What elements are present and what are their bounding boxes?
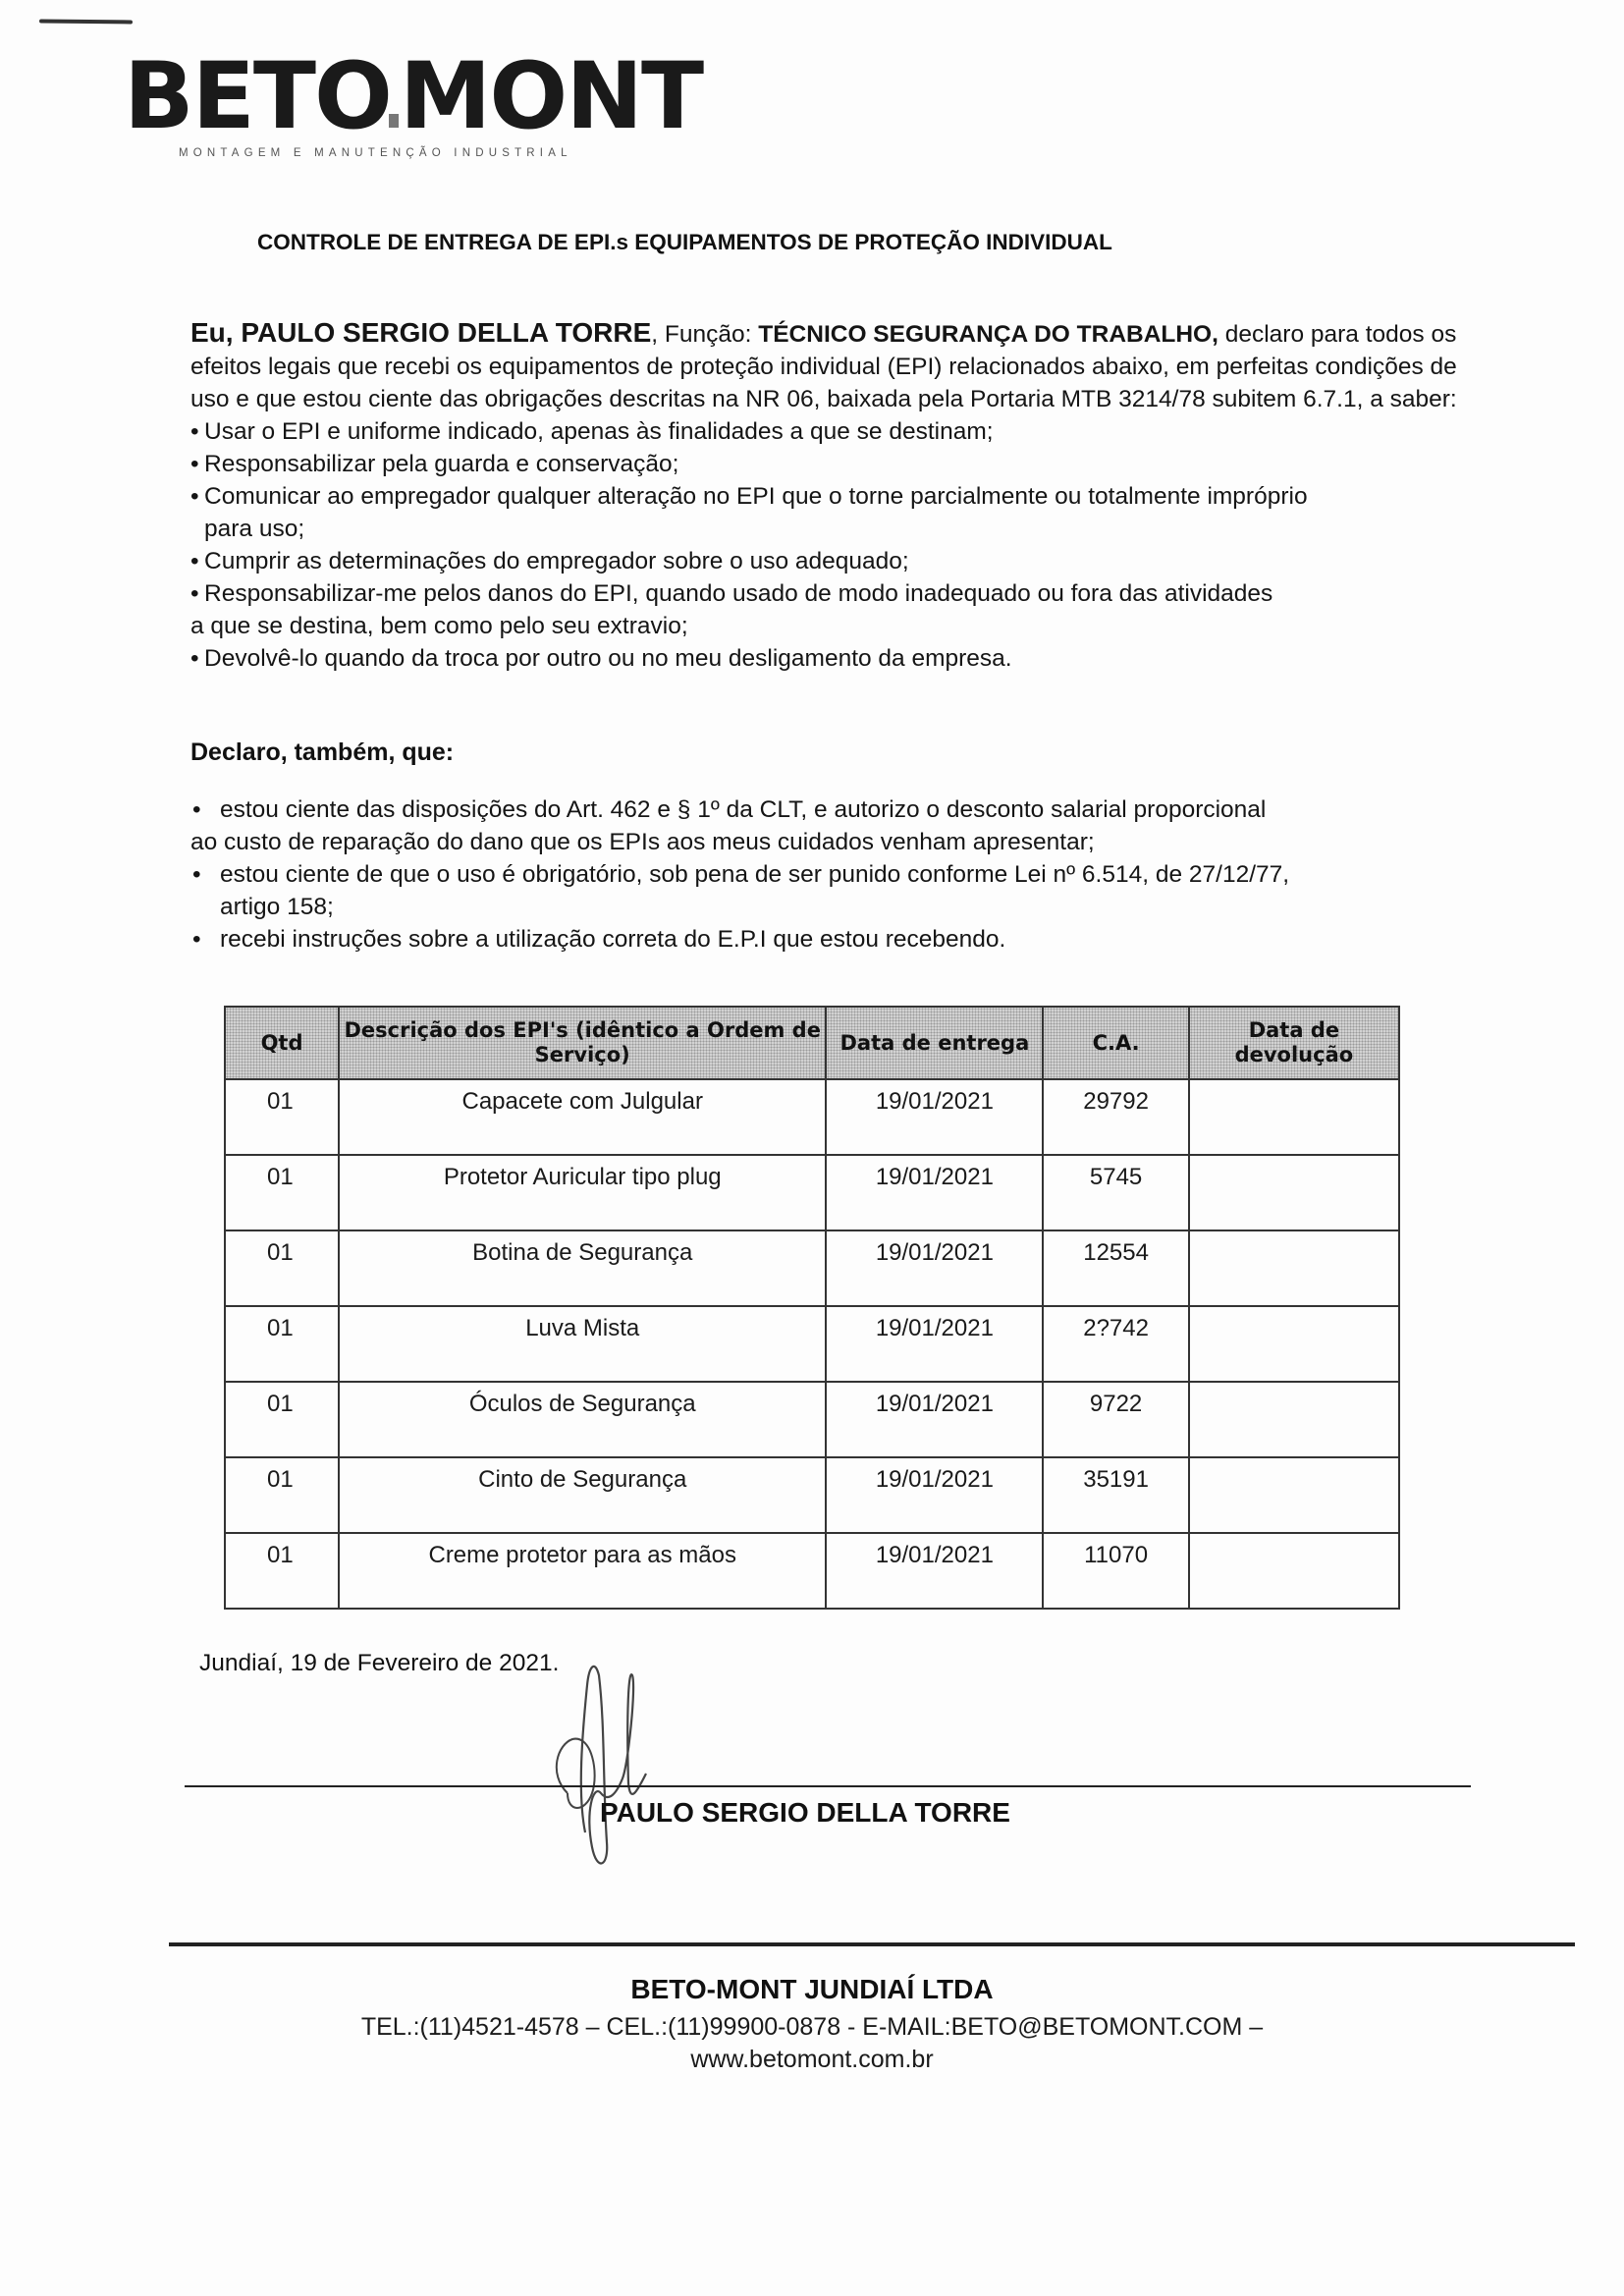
- declaration-item: estou ciente de que o uso é obrigatório,…: [190, 858, 1467, 891]
- table-row: 01Protetor Auricular tipo plug19/01/2021…: [225, 1155, 1399, 1230]
- declarations-block: estou ciente das disposições do Art. 462…: [190, 793, 1467, 956]
- table-row: 01Botina de Segurança19/01/202112554: [225, 1230, 1399, 1306]
- cell-qtd: 01: [225, 1155, 339, 1230]
- cell-descricao: Cinto de Segurança: [339, 1457, 826, 1533]
- cell-data-devolucao: [1189, 1155, 1399, 1230]
- obligation-item: Comunicar ao empregador qualquer alteraç…: [190, 480, 1467, 513]
- declaration-item: estou ciente das disposições do Art. 462…: [190, 793, 1467, 826]
- header-qtd: Qtd: [225, 1007, 339, 1079]
- cell-qtd: 01: [225, 1533, 339, 1609]
- logo-text-beto: BETO: [124, 43, 391, 150]
- function-label: , Função:: [651, 321, 758, 348]
- cell-data-entrega: 19/01/2021: [826, 1155, 1043, 1230]
- logo-text-mont: MONT: [400, 43, 702, 150]
- table-row: 01Creme protetor para as mãos19/01/20211…: [225, 1533, 1399, 1609]
- cell-qtd: 01: [225, 1382, 339, 1457]
- scan-mark: [39, 20, 133, 25]
- cell-qtd: 01: [225, 1457, 339, 1533]
- cell-data-devolucao: [1189, 1533, 1399, 1609]
- epi-table: Qtd Descrição dos EPI's (idêntico a Orde…: [224, 1006, 1400, 1610]
- intro-prefix: Eu,: [190, 317, 241, 348]
- cell-data-devolucao: [1189, 1079, 1399, 1155]
- declaration-item-continued: artigo 158;: [190, 891, 1467, 923]
- cell-descricao: Óculos de Segurança: [339, 1382, 826, 1457]
- cell-data-entrega: 19/01/2021: [826, 1306, 1043, 1382]
- footer-contact: TEL.:(11)4521-4578 – CEL.:(11)99900-0878…: [0, 2013, 1624, 2042]
- obligation-item: Responsabilizar-me pelos danos do EPI, q…: [190, 577, 1467, 610]
- company-logo: BETOMONT: [124, 51, 702, 143]
- logo-dot-icon: [389, 114, 399, 128]
- function-value: TÉCNICO SEGURANÇA DO TRABALHO,: [758, 321, 1218, 348]
- cell-descricao: Capacete com Julgular: [339, 1079, 826, 1155]
- cell-data-devolucao: [1189, 1457, 1399, 1533]
- header-data-entrega: Data de entrega: [826, 1007, 1043, 1079]
- document-title: CONTROLE DE ENTREGA DE EPI.s EQUIPAMENTO…: [257, 230, 1112, 255]
- logo-tagline: MONTAGEM E MANUTENÇÃO INDUSTRIAL: [179, 147, 572, 159]
- cell-data-entrega: 19/01/2021: [826, 1382, 1043, 1457]
- cell-data-devolucao: [1189, 1230, 1399, 1306]
- place-date: Jundiaí, 19 de Fevereiro de 2021.: [199, 1650, 559, 1677]
- footer-divider: [169, 1942, 1575, 1946]
- obligations-list: Usar o EPI e uniforme indicado, apenas à…: [190, 415, 1467, 675]
- cell-descricao: Creme protetor para as mãos: [339, 1533, 826, 1609]
- obligation-item-continued: para uso;: [190, 513, 1467, 545]
- header-descricao: Descrição dos EPI's (idêntico a Ordem de…: [339, 1007, 826, 1079]
- signature-line: [185, 1785, 1471, 1787]
- obligation-item: Cumprir as determinações do empregador s…: [190, 545, 1467, 577]
- table-header-row: Qtd Descrição dos EPI's (idêntico a Orde…: [225, 1007, 1399, 1079]
- cell-ca: 5745: [1043, 1155, 1188, 1230]
- cell-data-devolucao: [1189, 1306, 1399, 1382]
- handwritten-signature-icon: [538, 1646, 725, 1872]
- obligation-item-continued: a que se destina, bem como pelo seu extr…: [190, 610, 1467, 642]
- cell-qtd: 01: [225, 1230, 339, 1306]
- cell-data-entrega: 19/01/2021: [826, 1457, 1043, 1533]
- declaration-item: recebi instruções sobre a utilização cor…: [190, 923, 1467, 956]
- cell-qtd: 01: [225, 1306, 339, 1382]
- cell-ca: 2?742: [1043, 1306, 1188, 1382]
- table-row: 01Luva Mista19/01/20212?742: [225, 1306, 1399, 1382]
- cell-ca: 35191: [1043, 1457, 1188, 1533]
- table-row: 01Capacete com Julgular19/01/202129792: [225, 1079, 1399, 1155]
- cell-data-devolucao: [1189, 1382, 1399, 1457]
- table-row: 01Óculos de Segurança19/01/20219722: [225, 1382, 1399, 1457]
- footer-company: BETO-MONT JUNDIAÍ LTDA: [0, 1974, 1624, 2005]
- cell-ca: 12554: [1043, 1230, 1188, 1306]
- cell-qtd: 01: [225, 1079, 339, 1155]
- declarations-list: estou ciente das disposições do Art. 462…: [190, 793, 1467, 956]
- signatory-name: PAULO SERGIO DELLA TORRE: [600, 1797, 1010, 1829]
- cell-descricao: Botina de Segurança: [339, 1230, 826, 1306]
- obligation-item: Responsabilizar pela guarda e conservaçã…: [190, 448, 1467, 480]
- declarations-heading: Declaro, também, que:: [190, 738, 454, 767]
- cell-ca: 9722: [1043, 1382, 1188, 1457]
- header-data-devolucao: Data de devolução: [1189, 1007, 1399, 1079]
- cell-data-entrega: 19/01/2021: [826, 1079, 1043, 1155]
- declaration-item-continued: ao custo de reparação do dano que os EPI…: [190, 826, 1467, 858]
- obligation-item: Usar o EPI e uniforme indicado, apenas à…: [190, 415, 1467, 448]
- cell-ca: 11070: [1043, 1533, 1188, 1609]
- cell-descricao: Luva Mista: [339, 1306, 826, 1382]
- cell-data-entrega: 19/01/2021: [826, 1230, 1043, 1306]
- employee-name: PAULO SERGIO DELLA TORRE: [241, 317, 651, 348]
- header-ca: C.A.: [1043, 1007, 1188, 1079]
- table-row: 01Cinto de Segurança19/01/202135191: [225, 1457, 1399, 1533]
- cell-ca: 29792: [1043, 1079, 1188, 1155]
- footer-website[interactable]: www.betomont.com.br: [0, 2046, 1624, 2074]
- cell-data-entrega: 19/01/2021: [826, 1533, 1043, 1609]
- obligation-item: Devolvê-lo quando da troca por outro ou …: [190, 642, 1467, 675]
- table-body: 01Capacete com Julgular19/01/20212979201…: [225, 1079, 1399, 1609]
- intro-paragraph: Eu, PAULO SERGIO DELLA TORRE, Função: TÉ…: [190, 316, 1467, 675]
- cell-descricao: Protetor Auricular tipo plug: [339, 1155, 826, 1230]
